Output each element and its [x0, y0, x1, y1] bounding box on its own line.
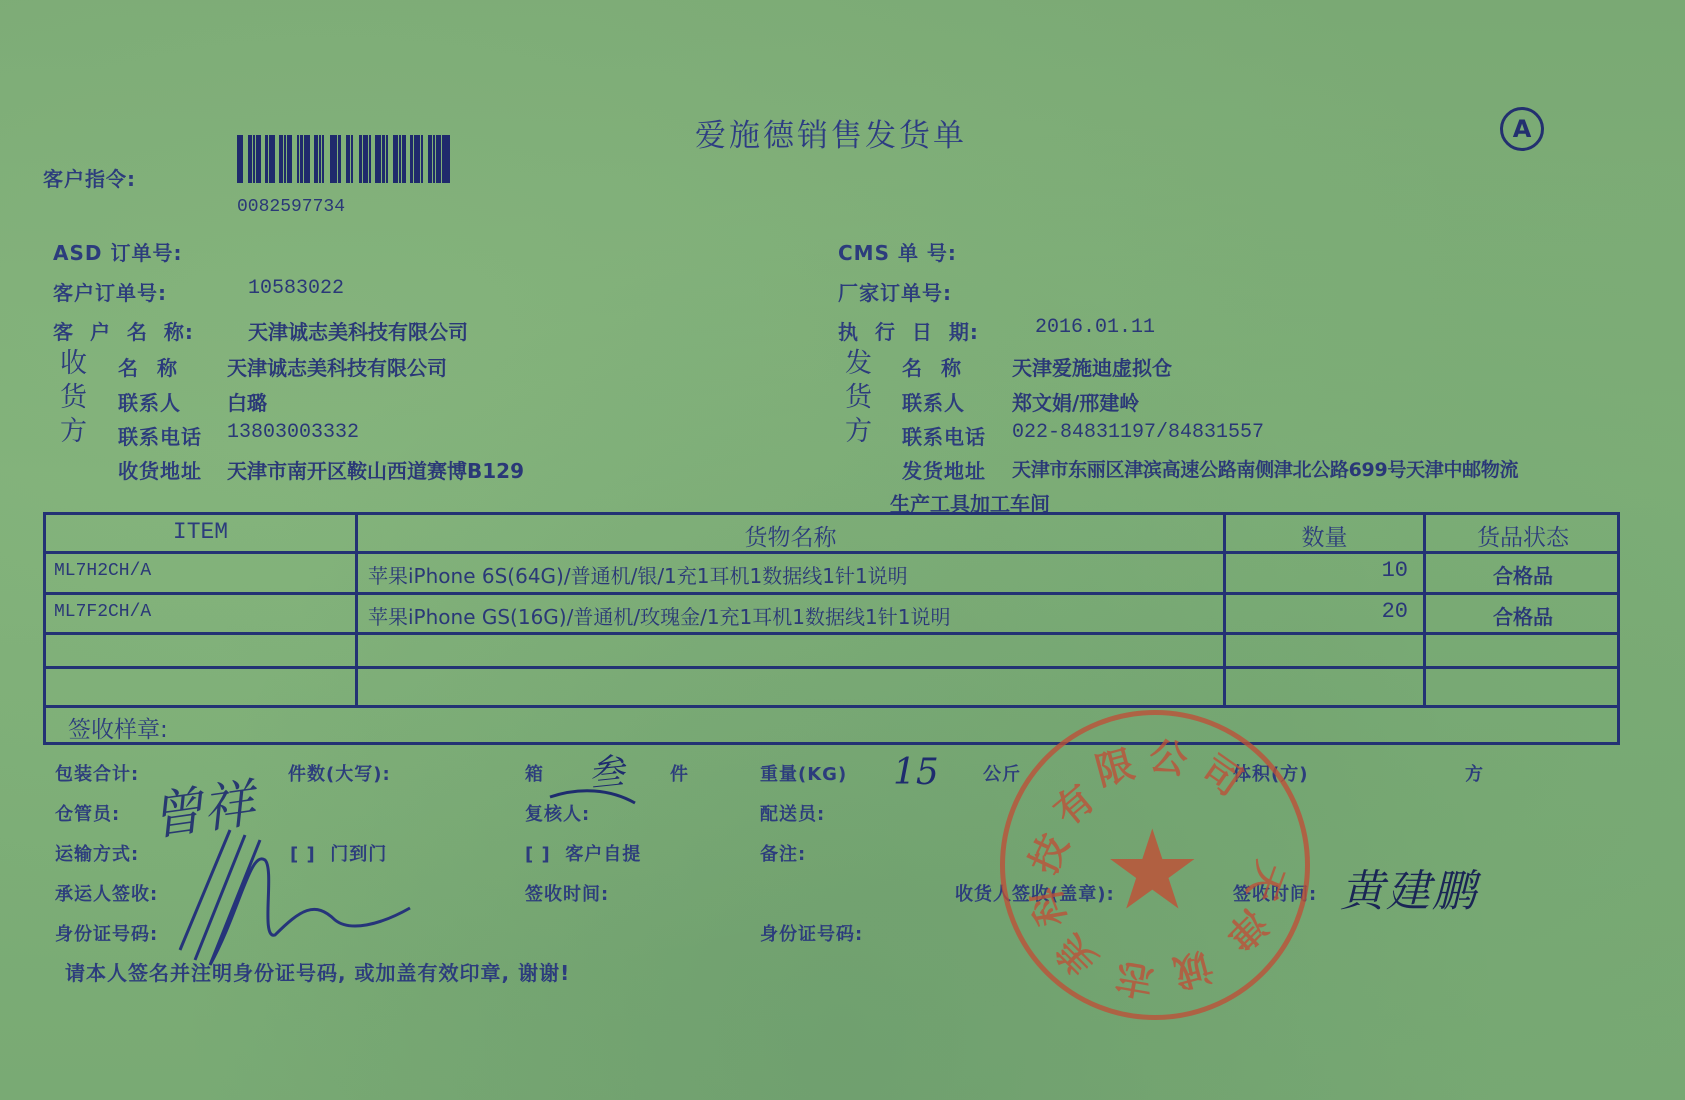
receiver-name-label: 名 称 — [118, 352, 178, 381]
customer-name-value: 天津诚志美科技有限公司 — [248, 316, 468, 345]
customer-order-value: 10583022 — [248, 277, 344, 300]
piece-unit-label: 件 — [670, 760, 689, 786]
remarks-label: 备注: — [760, 840, 806, 866]
header-quantity: 数量 — [1226, 519, 1423, 552]
execution-date-value: 2016.01.11 — [1035, 316, 1155, 339]
weight-handwritten: 15 — [893, 752, 939, 793]
barcode-number: 0082597734 — [237, 197, 345, 217]
row-item-code: ML7F2CH/A — [54, 602, 151, 622]
row-goods-name: 苹果iPhone 6S(64G)/普通机/银/1充1耳机1数据线1针1说明 — [368, 560, 908, 589]
package-total-label: 包装合计: — [55, 760, 139, 786]
row-quantity: 10 — [1226, 558, 1408, 583]
seal-char: 司 — [1193, 739, 1256, 806]
carrier-sign-label: 承运人签收: — [55, 880, 158, 906]
receiver-side-char: 货 — [60, 381, 90, 415]
sign-time-label-1: 签收时间: — [525, 880, 609, 906]
seal-char: 诚 — [1169, 941, 1220, 1004]
company-seal-stamp: ★ 公 司 限 有 技 科 美 志 诚 津 天 — [1000, 710, 1310, 1020]
seal-char: 志 — [1111, 952, 1158, 1013]
receiver-address-label: 收货地址 — [118, 455, 202, 484]
seal-char: 天 — [1237, 855, 1302, 910]
row-status: 合格品 — [1426, 560, 1620, 589]
customer-order-label: 客户订单号: — [53, 277, 167, 306]
shipper-name-value: 天津爱施迪虚拟仓 — [1012, 352, 1172, 381]
transport-method-label: 运输方式: — [55, 840, 139, 866]
carrier-signature-icon — [150, 820, 420, 970]
weight-unit-label: 公斤 — [983, 760, 1021, 786]
items-table: ITEM 货物名称 数量 货品状态 ML7H2CH/A 苹果iPhone 6S(… — [43, 512, 1620, 745]
seal-char: 有 — [1040, 769, 1104, 836]
receiver-name-value: 天津诚志美科技有限公司 — [227, 352, 447, 381]
star-icon: ★ — [1103, 815, 1202, 925]
shipper-side-char: 方 — [845, 415, 875, 449]
shipper-contact-value: 郑文娟/邢建岭 — [1012, 387, 1139, 416]
seal-char: 限 — [1089, 733, 1140, 796]
customer-pickup-checkbox[interactable]: [ ] 客户自提 — [525, 840, 641, 866]
shipper-side-char: 发 — [845, 347, 875, 381]
receiver-side-char: 方 — [60, 415, 90, 449]
shipper-address-value: 天津市东丽区津滨高速公路南侧津北公路699号天津中邮物流 — [1012, 455, 1518, 482]
reviewer-signature-stroke-icon — [540, 745, 640, 815]
receiver-address-value: 天津市南开区鞍山西道赛博B129 — [227, 455, 524, 484]
copy-mark-circled-a-icon: A — [1500, 107, 1544, 151]
pieces-label: 件数(大写): — [288, 760, 391, 786]
weight-label: 重量(KG) — [760, 760, 847, 786]
shipper-phone-value: 022-84831197/84831557 — [1012, 421, 1264, 444]
sign-sample-label: 签收样章: — [68, 711, 168, 744]
id-number-label-1: 身份证号码: — [55, 920, 158, 946]
shipper-name-label: 名 称 — [902, 352, 962, 381]
shipper-side-char: 货 — [845, 381, 875, 415]
receiver-side-label: 收 货 方 — [60, 347, 90, 449]
shipper-side-label: 发 货 方 — [845, 347, 875, 449]
shipper-address-label: 发货地址 — [902, 455, 986, 484]
row-item-code: ML7H2CH/A — [54, 561, 151, 581]
header-item: ITEM — [46, 519, 355, 545]
cms-number-label: CMS 单 号: — [838, 237, 957, 266]
header-goods-status: 货品状态 — [1426, 519, 1620, 552]
receiver-contact-value: 白璐 — [227, 387, 267, 416]
receiver-contact-label: 联系人 — [118, 387, 181, 416]
asd-order-label: ASD 订单号: — [53, 237, 182, 266]
shipper-phone-label: 联系电话 — [902, 421, 986, 450]
warehouse-keeper-label: 仓管员: — [55, 800, 120, 826]
receiver-signature: 黄建鹏 — [1340, 855, 1478, 919]
row-goods-name: 苹果iPhone GS(16G)/普通机/玫瑰金/1充1耳机1数据线1针1说明 — [368, 601, 950, 630]
volume-unit-label: 方 — [1465, 760, 1484, 786]
row-quantity: 20 — [1226, 599, 1408, 624]
barcode-icon — [237, 135, 452, 183]
seal-char: 科 — [1016, 884, 1077, 931]
seal-char: 津 — [1216, 900, 1282, 966]
id-number-label-2: 身份证号码: — [760, 920, 863, 946]
customer-instruction-label: 客户指令: — [43, 163, 136, 192]
seal-char: 公 — [1146, 724, 1193, 785]
receiver-side-char: 收 — [60, 347, 90, 381]
receiver-phone-value: 13803003332 — [227, 421, 359, 444]
factory-order-label: 厂家订单号: — [838, 277, 952, 306]
row-status: 合格品 — [1426, 601, 1620, 630]
shipper-contact-label: 联系人 — [902, 387, 965, 416]
execution-date-label: 执 行 日 期: — [838, 316, 979, 345]
seal-char: 技 — [1013, 824, 1079, 882]
receiver-phone-label: 联系电话 — [118, 421, 202, 450]
seal-char: 美 — [1041, 925, 1107, 991]
dispatcher-label: 配送员: — [760, 800, 825, 826]
customer-name-label: 客 户 名 称: — [53, 316, 194, 345]
document-title: 爱施德销售发货单 — [695, 110, 967, 155]
header-goods-name: 货物名称 — [358, 519, 1223, 552]
